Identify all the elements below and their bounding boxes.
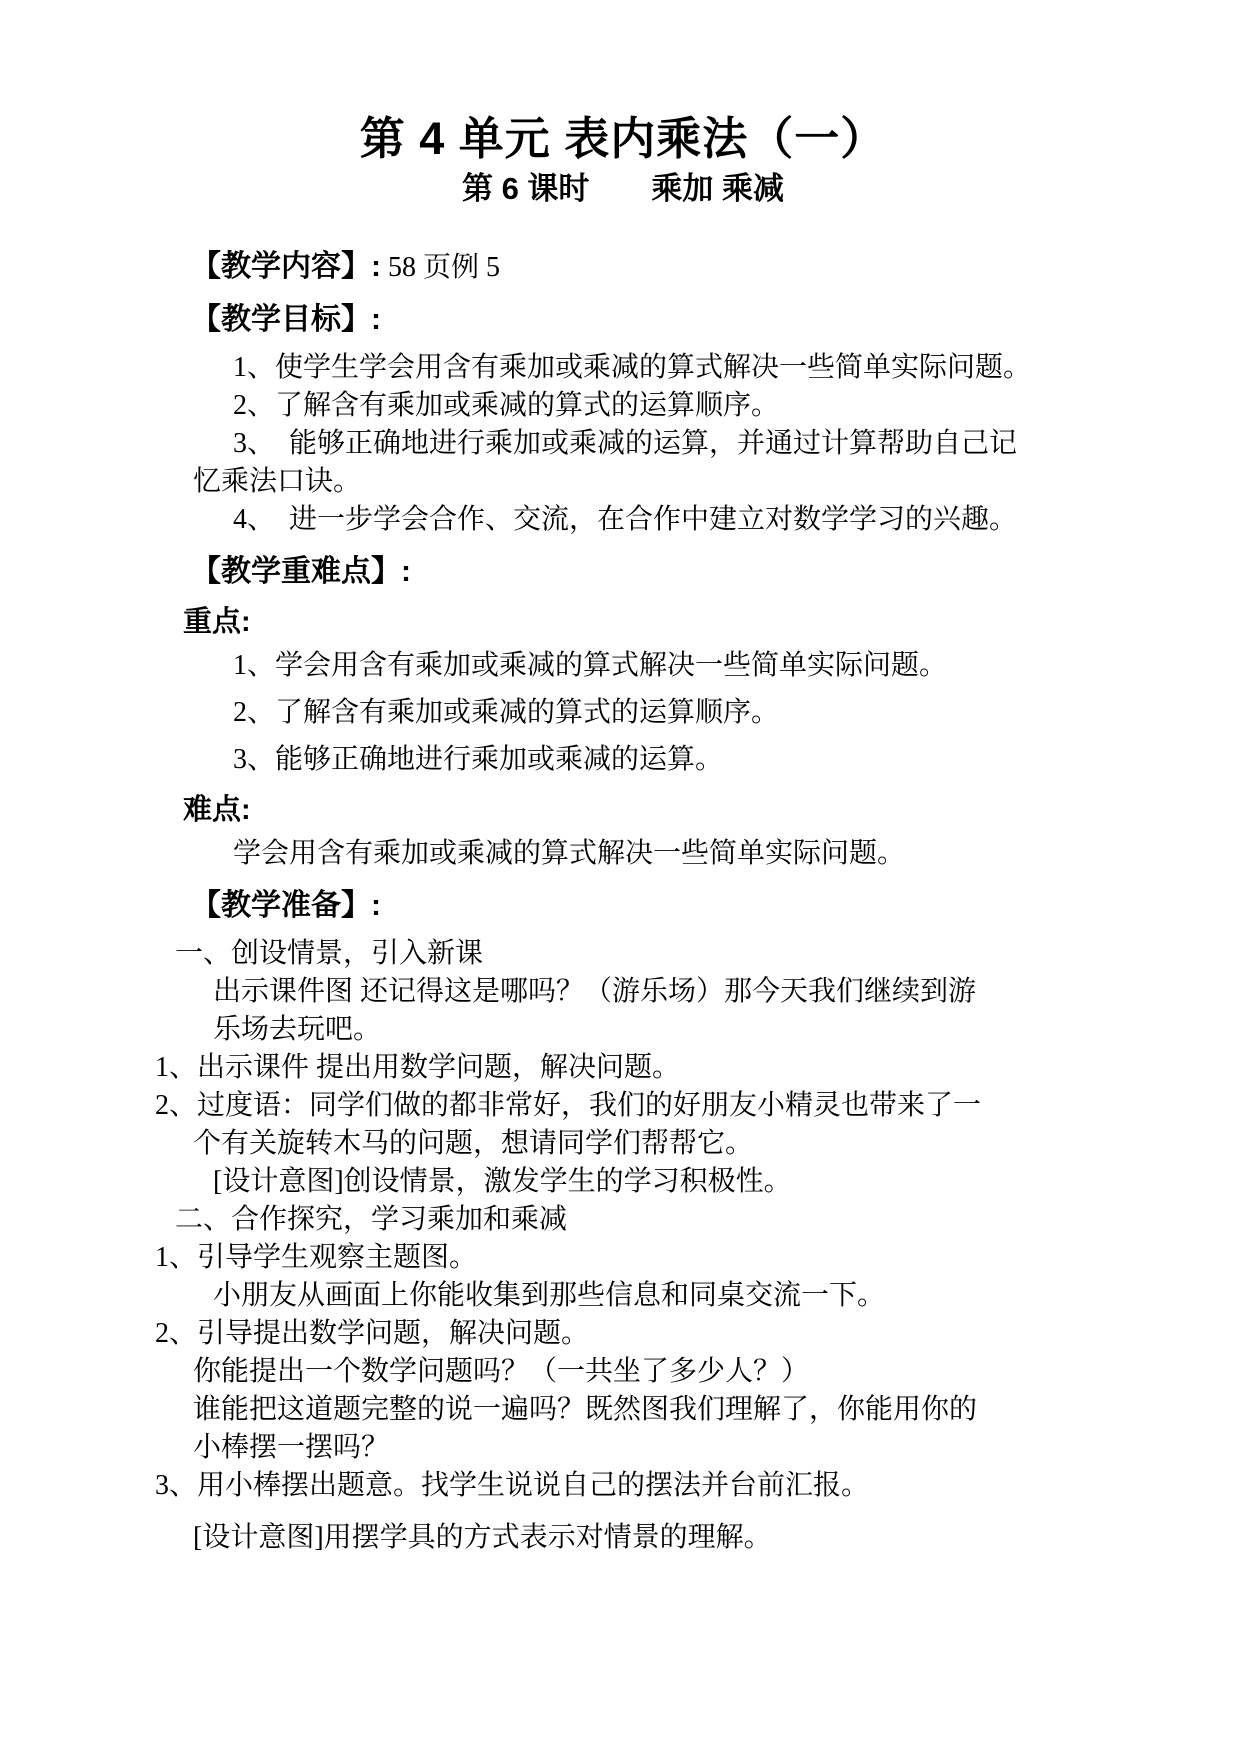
text-line: 出示课件图 还记得这是哪吗？（游乐场）那今天我们继续到游 bbox=[213, 974, 1091, 1010]
text-line: 学会用含有乘加或乘减的算式解决一些简单实际问题。 bbox=[233, 836, 1091, 872]
list-item: 2、引导提出数学问题，解决问题。 bbox=[155, 1316, 1091, 1352]
section-header: 【教学重难点】: bbox=[191, 554, 1091, 590]
text-line: 个有关旋转木马的问题，想请同学们帮帮它。 bbox=[193, 1126, 1091, 1162]
document-subtitle: 第 6 课时 乘加 乘减 bbox=[155, 170, 1091, 207]
list-item: 2、了解含有乘加或乘减的算式的运算顺序。 bbox=[233, 695, 1091, 731]
section-header: 【教学准备】: bbox=[191, 888, 1091, 924]
list-item: 1、使学生学会用含有乘加或乘减的算式解决一些简单实际问题。 bbox=[233, 350, 1091, 386]
list-item: 3、用小棒摆出题意。找学生说说自己的摆法并台前汇报。 bbox=[155, 1468, 1091, 1504]
list-item: 1、引导学生观察主题图。 bbox=[155, 1240, 1091, 1276]
text-line: 谁能把这道题完整的说一遍吗？既然图我们理解了，你能用你的 bbox=[193, 1392, 1091, 1428]
text-line: 忆乘法口诀。 bbox=[193, 464, 1091, 500]
list-item: 1、学会用含有乘加或乘减的算式解决一些简单实际问题。 bbox=[233, 648, 1091, 684]
document-page: 第 4 单元 表内乘法（一） 第 6 课时 乘加 乘减 【教学内容】: 58 页… bbox=[0, 0, 1241, 1754]
inline-section-text: 58 页例 5 bbox=[381, 252, 500, 283]
text-line: 你能提出一个数学问题吗？（一共坐了多少人？） bbox=[193, 1354, 1091, 1390]
text-line: [设计意图]创设情景，激发学生的学习积极性。 bbox=[213, 1164, 1091, 1200]
list-item: 4、 进一步学会合作、交流，在合作中建立对数学学习的兴趣。 bbox=[233, 502, 1091, 538]
list-item: 1、出示课件 提出用数学问题，解决问题。 bbox=[155, 1050, 1091, 1086]
list-item: 2、过度语：同学们做的都非常好，我们的好朋友小精灵也带来了一 bbox=[155, 1088, 1091, 1124]
inline-section-header: 【教学内容】: bbox=[191, 250, 381, 283]
subsection-label: 难点: bbox=[183, 792, 1091, 828]
section-header: 【教学目标】: bbox=[191, 302, 1091, 338]
list-item: 3、 能够正确地进行乘加或乘减的运算，并通过计算帮助自己记 bbox=[233, 426, 1091, 462]
text-line: 小朋友从画面上你能收集到那些信息和同桌交流一下。 bbox=[213, 1278, 1091, 1314]
text-line: 小棒摆一摆吗？ bbox=[193, 1430, 1091, 1466]
list-item: 一、创设情景，引入新课 bbox=[175, 936, 1091, 972]
list-item: 二、合作探究，学习乘加和乘减 bbox=[175, 1202, 1091, 1238]
document-content: 【教学内容】: 58 页例 5【教学目标】:1、使学生学会用含有乘加或乘减的算式… bbox=[155, 249, 1091, 1556]
list-item: 3、能够正确地进行乘加或乘减的运算。 bbox=[233, 742, 1091, 778]
text-line: [设计意图]用摆学具的方式表示对情景的理解。 bbox=[193, 1520, 1091, 1556]
document-title: 第 4 单元 表内乘法（一） bbox=[155, 112, 1091, 166]
text-line: 乐场去玩吧。 bbox=[213, 1012, 1091, 1048]
subsection-label: 重点: bbox=[183, 604, 1091, 640]
section-header-line: 【教学内容】: 58 页例 5 bbox=[191, 249, 1091, 286]
list-item: 2、了解含有乘加或乘减的算式的运算顺序。 bbox=[233, 388, 1091, 424]
